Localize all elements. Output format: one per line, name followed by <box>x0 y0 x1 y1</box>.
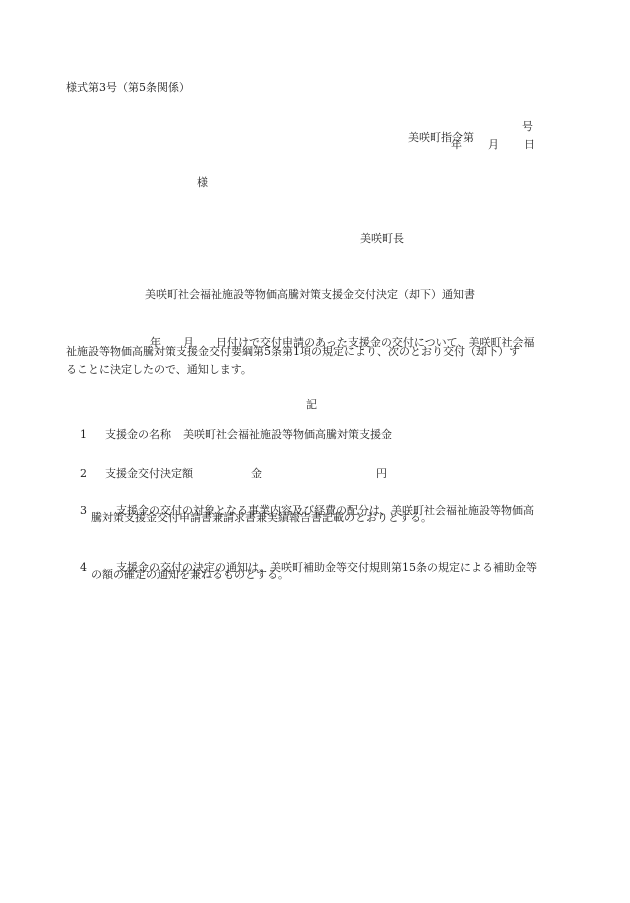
amount-suffix: 円 <box>376 467 387 480</box>
item-value: 美咲町社会福祉施設等物価高騰対策支援金 <box>183 428 392 441</box>
item-number: 4 <box>80 561 87 574</box>
item-label: 支援金の名称 <box>105 428 171 441</box>
item-number: 1 <box>80 428 87 441</box>
body-line-3: ることに決定したので、通知します。 <box>66 364 252 375</box>
document-number-suffix: 号 <box>522 121 533 132</box>
item-number: 2 <box>80 467 87 480</box>
form-number: 様式第3号（第5条関係） <box>66 82 190 93</box>
addressee-suffix: 様 <box>197 177 208 188</box>
item-4-line-2: の額の確定の通知を兼ねるものとする。 <box>91 569 289 580</box>
document-date: 年 月 日 <box>451 139 465 194</box>
item-2: 2支援金交付決定額金円 <box>66 457 387 490</box>
date-day: 日 <box>524 139 535 150</box>
item-3-line-2: 騰対策支援金交付申請書兼請求書兼実績報告書記載のとおりとする。 <box>91 512 432 523</box>
date-year: 年 <box>451 139 462 150</box>
item-label: 支援金交付決定額 <box>105 467 193 480</box>
ki-heading: 記 <box>306 399 317 410</box>
item-1: 1支援金の名称美咲町社会福祉施設等物価高騰対策支援金 <box>66 418 392 451</box>
document-title: 美咲町社会福祉施設等物価高騰対策支援金交付決定（却下）通知書 <box>145 289 475 300</box>
sender: 美咲町長 <box>360 233 404 244</box>
date-month: 月 <box>488 139 499 150</box>
item-number: 3 <box>80 504 87 517</box>
amount-prefix: 金 <box>251 467 262 480</box>
body-line-2: 祉施設等物価高騰対策支援金交付要綱第5条第1項の規定により、次のとおり交付（却下… <box>66 346 520 357</box>
